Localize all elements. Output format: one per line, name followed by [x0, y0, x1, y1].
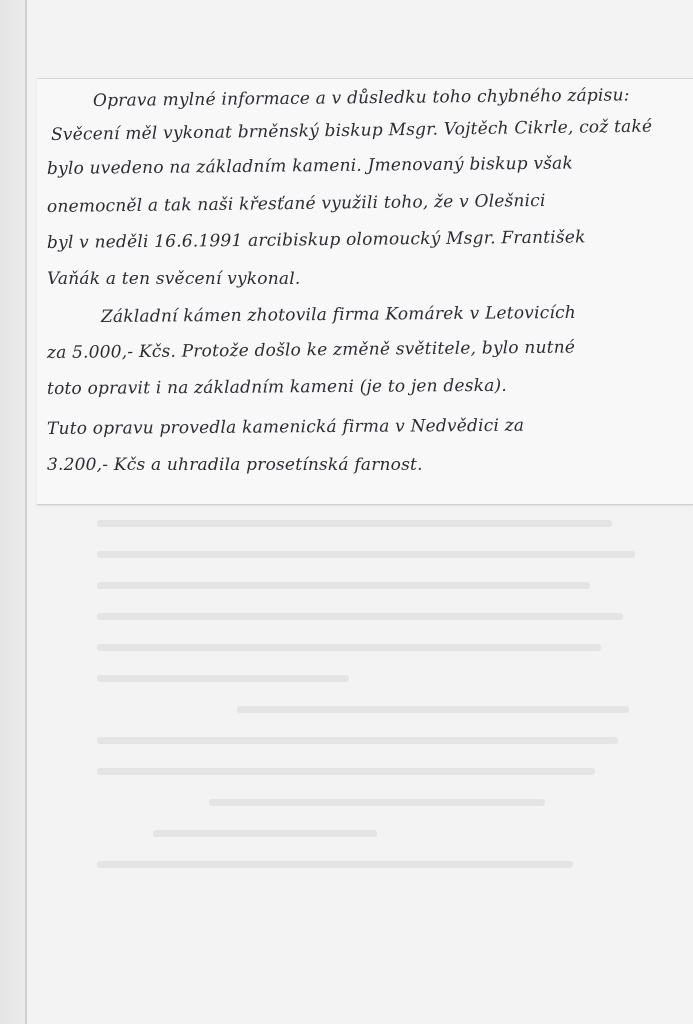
note-line: za 5.000,- Kčs. Protože došlo ke změně s… [47, 337, 575, 363]
note-line: toto opravit i na základním kameni (je t… [47, 376, 507, 399]
ghost-line [97, 551, 635, 558]
handwritten-note-slip: Oprava mylné informace a v důsledku toho… [37, 78, 693, 505]
ghost-line [153, 830, 377, 837]
note-line: Tuto opravu provedla kamenická firma v N… [47, 416, 524, 439]
ghost-line [97, 861, 573, 868]
note-line: onemocněl a tak naši křesťané využili to… [47, 191, 546, 217]
ghost-line [97, 582, 590, 589]
ghost-line [97, 613, 623, 620]
ghost-line [209, 799, 545, 806]
note-line: Oprava mylné informace a v důsledku toho… [93, 85, 630, 111]
ghost-line [97, 520, 612, 527]
ghost-line [97, 644, 601, 651]
note-line: byl v neděli 16.6.1991 arcibiskup olomou… [47, 227, 586, 253]
ghost-line [97, 737, 618, 744]
note-line: bylo uvedeno na základním kameni. Jmenov… [47, 153, 573, 179]
ghost-line [97, 675, 349, 682]
ghost-line [97, 768, 595, 775]
note-line: 3.200,- Kčs a uhradila prosetínská farno… [47, 455, 423, 475]
show-through-text [97, 520, 657, 940]
ghost-line [237, 706, 629, 713]
note-line: Svěcení měl vykonat brněnský biskup Msgr… [51, 117, 652, 145]
note-line: Vaňák a ten svěcení vykonal. [47, 269, 300, 289]
note-line: Základní kámen zhotovila firma Komárek v… [101, 303, 576, 327]
